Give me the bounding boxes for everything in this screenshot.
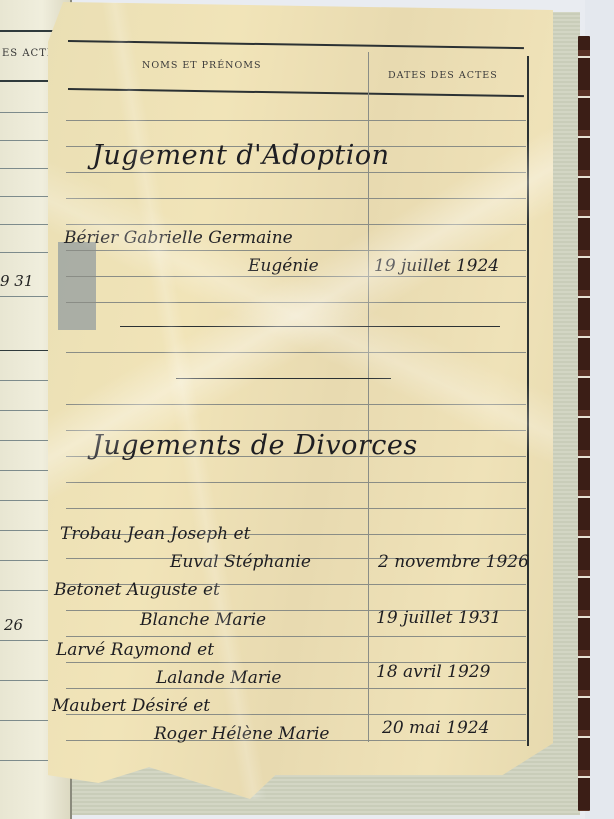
entry-date: 2 novembre 1926	[378, 552, 529, 572]
entry-name-line1: Maubert Désiré et	[52, 696, 210, 716]
column-header-dates: DATES DES ACTES	[388, 70, 498, 81]
entry-name-line2: Roger Hélène Marie	[154, 724, 329, 744]
entry-date: 18 avril 1929	[376, 662, 490, 682]
ruled-line	[66, 508, 526, 509]
ruled-line	[66, 276, 526, 277]
entry-name-line2: Euval Stéphanie	[170, 552, 311, 572]
entry-name-line1: Trobau Jean Joseph et	[60, 524, 250, 544]
ruled-line	[66, 224, 526, 225]
right-border	[527, 56, 529, 746]
entry-name-line1: Larvé Raymond et	[56, 640, 214, 660]
entry-name-line1: Bérier Gabrielle Germaine	[64, 228, 293, 248]
ruled-line	[66, 352, 526, 353]
ruled-line	[66, 198, 526, 199]
ruled-line	[66, 120, 526, 121]
entry-name-line2: Blanche Marie	[140, 610, 266, 630]
ruled-line	[66, 302, 526, 303]
repair-tape	[58, 242, 96, 330]
entry-name-line2: Eugénie	[248, 256, 319, 276]
ruled-line	[66, 250, 526, 251]
entry-date: 20 mai 1924	[382, 718, 489, 738]
book-cover-marbled-edge	[578, 36, 590, 811]
section-title-divorces: Jugements de Divorces	[92, 430, 418, 461]
entry-name-line2: Lalande Marie	[156, 668, 281, 688]
ruled-line	[66, 636, 526, 637]
ruled-line	[66, 688, 526, 689]
entry-date: 19 juillet 1931	[376, 608, 501, 628]
left-page-note: 9 31	[0, 272, 33, 290]
ruled-line	[66, 404, 526, 405]
section-separator	[120, 326, 500, 327]
ruled-line	[66, 482, 526, 483]
section-title-adoption: Jugement d'Adoption	[92, 140, 390, 171]
ruled-line	[66, 172, 526, 173]
left-page-note: 26	[4, 616, 23, 634]
column-header-names: NOMS ET PRÉNOMS	[142, 60, 261, 71]
section-separator	[176, 378, 391, 379]
entry-name-line1: Betonet Auguste et	[54, 580, 220, 600]
entry-date: 19 juillet 1924	[374, 256, 499, 276]
